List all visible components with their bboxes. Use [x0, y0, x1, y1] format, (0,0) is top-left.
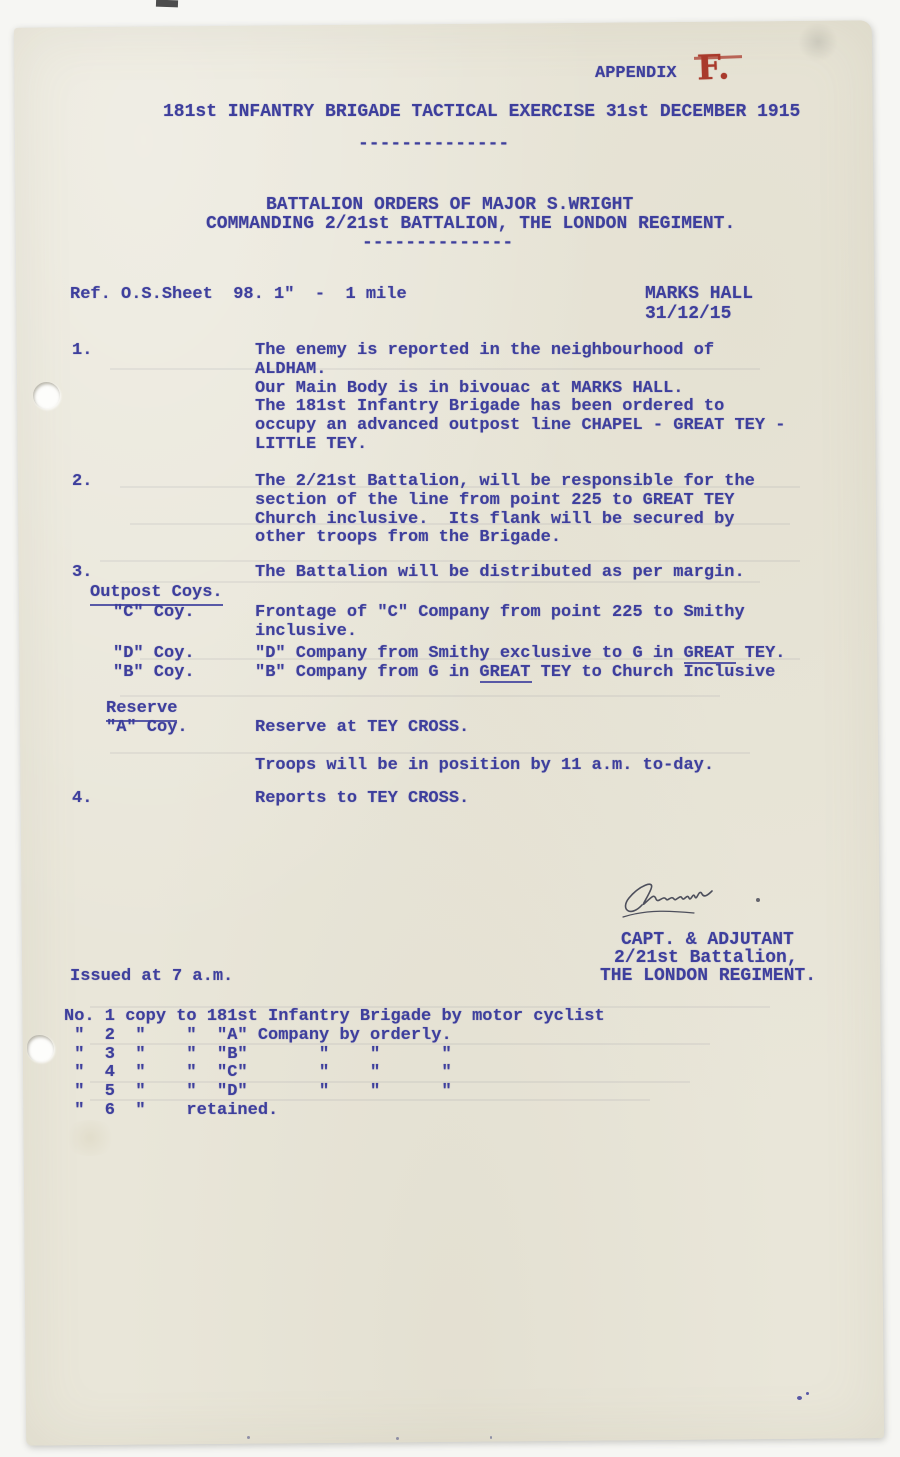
order-number-text: 3. [72, 564, 92, 583]
signature-regiment: THE LONDON REGIMENT. [600, 967, 816, 987]
handwritten-signature [618, 872, 753, 929]
signature-ink [618, 872, 753, 924]
text-line: Reports to TEY CROSS. [255, 790, 469, 809]
text-line: Troops will be in position by 11 a.m. to… [255, 757, 714, 776]
appendix-label-text: APPENDIX [595, 65, 677, 84]
c-company-label: "C" Coy. [113, 604, 195, 623]
order-3-body: The Battalion will be distributed as per… [255, 564, 745, 583]
punch-hole-top [33, 382, 60, 409]
document-content: APPENDIX F. 181st INFANTRY BRIGADE TACTI… [0, 0, 900, 1457]
orders-heading-text-2: COMMANDING 2/21st BATTALION, THE LONDON … [206, 215, 735, 235]
order-number-text: 4. [72, 790, 92, 809]
punch-hole-bottom [27, 1035, 54, 1062]
b-company-label: "B" Coy. [113, 664, 195, 683]
copy-distribution-list: No. 1 copy to 181st Infantry Brigade by … [64, 1008, 605, 1121]
exercise-title: 181st INFANTRY BRIGADE TACTICAL EXERCISE… [163, 103, 800, 123]
text-line: ALDHAM. [255, 361, 786, 380]
appendix-letter: F. [696, 47, 730, 88]
orders-heading-line-1: BATTALION ORDERS OF MAJOR S.WRIGHT [266, 196, 633, 216]
signature-regiment-text: THE LONDON REGIMENT. [600, 967, 816, 987]
text-line: Church inclusive. Its flank will be secu… [255, 511, 755, 530]
exercise-title-text: 181st INFANTRY BRIGADE TACTICAL EXERCISE… [163, 103, 800, 123]
company-label-text: "A" Coy. [106, 719, 188, 738]
d-company-label: "D" Coy. [113, 645, 195, 664]
text-line: "B" Company from G in GREAT TEY to Churc… [255, 664, 775, 683]
order-number-text: 2. [72, 473, 92, 492]
company-label-text: "D" Coy. [113, 645, 195, 664]
company-label-text: "B" Coy. [113, 664, 195, 683]
place-dateline: MARKS HALL 31/12/15 [645, 285, 753, 324]
map-reference: Ref. O.S.Sheet 98. 1" - 1 mile [70, 286, 407, 305]
c-company-body: Frontage of "C" Company from point 225 t… [255, 604, 745, 642]
place-text: MARKS HALL [645, 285, 753, 305]
separator-dashes: -------------- [362, 234, 513, 254]
date-text: 31/12/15 [645, 305, 753, 325]
text-line: The 2/21st Battalion, will be responsibl… [255, 473, 755, 492]
orders-heading-line-2: COMMANDING 2/21st BATTALION, THE LONDON … [206, 215, 735, 235]
text-line: The enemy is reported in the neighbourho… [255, 342, 786, 361]
ink-speck [490, 1436, 492, 1439]
distribution-row: " 3 " " "B" " " " [64, 1046, 605, 1065]
order-1-body: The enemy is reported in the neighbourho… [255, 342, 786, 455]
order-4-body: Reports to TEY CROSS. [255, 790, 469, 809]
distribution-row: " 5 " " "D" " " " [64, 1083, 605, 1102]
d-company-body: "D" Company from Smithy exclusive to G i… [255, 645, 786, 664]
separator-line-1: -------------- [358, 135, 509, 155]
issued-line-text: Issued at 7 a.m. [70, 968, 233, 987]
order-3-number: 3. [72, 564, 92, 583]
text-line: The Battalion will be distributed as per… [255, 564, 745, 583]
text-line: inclusive. [255, 623, 745, 642]
company-label-text: "C" Coy. [113, 604, 195, 623]
text-line: section of the line from point 225 to GR… [255, 492, 755, 511]
a-company-body: Reserve at TEY CROSS. [255, 719, 469, 738]
scan-edge-mark [156, 0, 178, 7]
text-line: Frontage of "C" Company from point 225 t… [255, 604, 745, 623]
separator-dashes: -------------- [358, 135, 509, 155]
text-line: Our Main Body is in bivouac at MARKS HAL… [255, 380, 786, 399]
separator-line-2: -------------- [362, 234, 513, 254]
underline-mark-great-tey [480, 681, 532, 683]
underline-mark-great-tey [684, 662, 736, 664]
ink-speck [247, 1436, 250, 1439]
text-line: LITTLE TEY. [255, 436, 786, 455]
text-line: occupy an advanced outpost line CHAPEL -… [255, 417, 786, 436]
text-line: Reserve at TEY CROSS. [255, 719, 469, 738]
order-2-number: 2. [72, 473, 92, 492]
ink-speck [396, 1437, 399, 1440]
text-line: other troops from the Brigade. [255, 529, 755, 548]
ink-speck [797, 1396, 802, 1400]
distribution-row: " 6 " retained. [64, 1102, 605, 1121]
issued-line: Issued at 7 a.m. [70, 968, 233, 987]
order-2-body: The 2/21st Battalion, will be responsibl… [255, 473, 755, 548]
map-reference-text: Ref. O.S.Sheet 98. 1" - 1 mile [70, 286, 407, 305]
orders-heading-text-1: BATTALION ORDERS OF MAJOR S.WRIGHT [266, 196, 633, 216]
order-1-number: 1. [72, 342, 92, 361]
distribution-row: " 4 " " "C" " " " [64, 1064, 605, 1083]
a-company-label: "A" Coy. [106, 719, 188, 738]
appendix-label: APPENDIX [595, 65, 677, 84]
text-line: "D" Company from Smithy exclusive to G i… [255, 645, 786, 664]
distribution-row: " 2 " " "A" Company by orderly. [64, 1027, 605, 1046]
readiness-note: Troops will be in position by 11 a.m. to… [255, 757, 714, 776]
ink-speck [806, 1392, 809, 1395]
signature-pen-dot [756, 898, 760, 902]
scanned-document: APPENDIX F. 181st INFANTRY BRIGADE TACTI… [0, 0, 900, 1457]
order-4-number: 4. [72, 790, 92, 809]
distribution-row: No. 1 copy to 181st Infantry Brigade by … [64, 1008, 605, 1027]
order-number-text: 1. [72, 342, 92, 361]
b-company-body: "B" Company from G in GREAT TEY to Churc… [255, 664, 775, 683]
text-line: The 181st Infantry Brigade has been orde… [255, 398, 786, 417]
